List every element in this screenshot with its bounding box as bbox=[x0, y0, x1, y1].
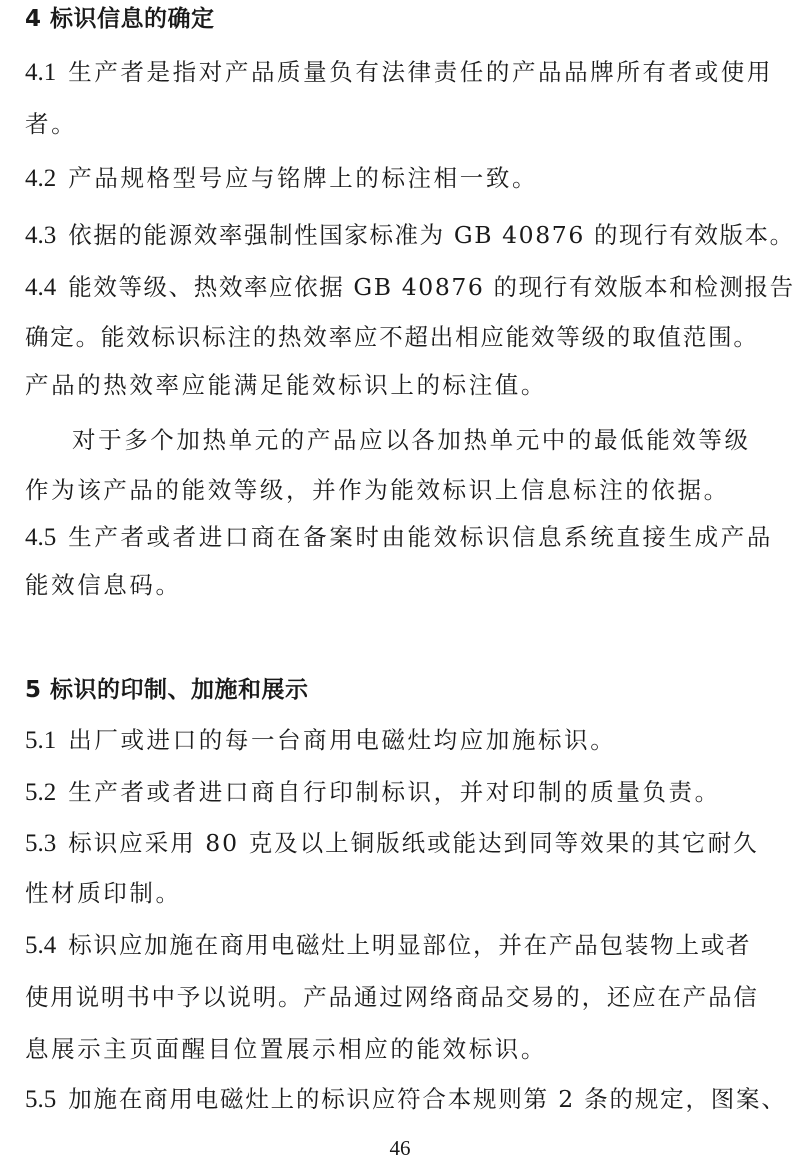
clause-text: 生产者或者进口商在备案时由能效标识信息系统直接生成产品 bbox=[68, 523, 773, 551]
clause-text: 能效等级、热效率应依据 GB 40876 的现行有效版本和检测报告 bbox=[68, 273, 795, 301]
clause-text: 使用说明书中予以说明。产品通过网络商品交易的，还应在产品信 bbox=[25, 983, 759, 1011]
clause-4-4-para-2-cont: 作为该产品的能效等级，并作为能效标识上信息标注的依据。 bbox=[25, 475, 730, 505]
clause-text: 息展示主页面醒目位置展示相应的能效标识。 bbox=[25, 1035, 547, 1063]
clause-text: 性材质印制。 bbox=[25, 879, 182, 907]
clause-5-4-cont-1: 使用说明书中予以说明。产品通过网络商品交易的，还应在产品信 bbox=[25, 982, 759, 1012]
clause-4-2: 4.2产品规格型号应与铭牌上的标注相一致。 bbox=[25, 163, 538, 194]
section-title: 标识的印制、加施和展示 bbox=[50, 677, 309, 703]
clause-text: 生产者或者进口商自行印制标识，并对印制的质量负责。 bbox=[68, 778, 721, 806]
clause-4-4-cont-2: 产品的热效率应能满足能效标识上的标注值。 bbox=[25, 370, 547, 400]
clause-number: 5.1 bbox=[25, 727, 56, 754]
clause-5-2: 5.2生产者或者进口商自行印制标识，并对印制的质量负责。 bbox=[25, 777, 721, 808]
clause-text: 加施在商用电磁灶上的标识应符合本规则第 2 条的规定，图案、 bbox=[68, 1085, 786, 1113]
clause-number: 5.4 bbox=[25, 932, 56, 959]
clause-text: 依据的能源效率强制性国家标准为 GB 40876 的现行有效版本。 bbox=[68, 221, 795, 249]
clause-number: 5.2 bbox=[25, 779, 56, 806]
clause-text: 者。 bbox=[25, 110, 77, 138]
clause-text: 生产者是指对产品质量负有法律责任的产品品牌所有者或使用 bbox=[68, 58, 773, 86]
section-number: 5 bbox=[25, 677, 42, 703]
section-number: 4 bbox=[25, 6, 42, 32]
clause-5-1: 5.1出厂或进口的每一台商用电磁灶均应加施标识。 bbox=[25, 725, 616, 756]
clause-text: 出厂或进口的每一台商用电磁灶均应加施标识。 bbox=[68, 726, 616, 754]
clause-4-1-cont: 者。 bbox=[25, 109, 77, 139]
clause-4-3: 4.3依据的能源效率强制性国家标准为 GB 40876 的现行有效版本。 bbox=[25, 220, 795, 251]
clause-number: 4.3 bbox=[25, 222, 56, 249]
clause-4-5-cont: 能效信息码。 bbox=[25, 570, 182, 600]
clause-text: 产品规格型号应与铭牌上的标注相一致。 bbox=[68, 164, 538, 192]
clause-number: 4.4 bbox=[25, 274, 56, 301]
clause-number: 4.2 bbox=[25, 165, 56, 192]
clause-4-1: 4.1生产者是指对产品质量负有法律责任的产品品牌所有者或使用 bbox=[25, 57, 773, 88]
clause-5-4-cont-2: 息展示主页面醒目位置展示相应的能效标识。 bbox=[25, 1034, 547, 1064]
clause-text: 确定。能效标识标注的热效率应不超出相应能效等级的取值范围。 bbox=[25, 323, 759, 351]
clause-text: 产品的热效率应能满足能效标识上的标注值。 bbox=[25, 371, 547, 399]
clause-number: 5.5 bbox=[25, 1086, 56, 1113]
clause-number: 4.1 bbox=[25, 59, 56, 86]
section-title: 标识信息的确定 bbox=[50, 6, 215, 32]
clause-5-4: 5.4标识应加施在商用电磁灶上明显部位，并在产品包装物上或者 bbox=[25, 930, 751, 961]
section-4-heading: 4 标识信息的确定 bbox=[25, 4, 215, 34]
clause-text: 能效信息码。 bbox=[25, 571, 182, 599]
clause-5-3-cont: 性材质印制。 bbox=[25, 878, 182, 908]
clause-text: 作为该产品的能效等级，并作为能效标识上信息标注的依据。 bbox=[25, 476, 730, 504]
clause-5-3: 5.3标识应采用 80 克及以上铜版纸或能达到同等效果的其它耐久 bbox=[25, 828, 759, 859]
clause-text: 标识应采用 80 克及以上铜版纸或能达到同等效果的其它耐久 bbox=[68, 829, 758, 857]
page-number: 46 bbox=[0, 1136, 800, 1161]
clause-4-4: 4.4能效等级、热效率应依据 GB 40876 的现行有效版本和检测报告 bbox=[25, 272, 795, 303]
clause-number: 4.5 bbox=[25, 524, 56, 551]
clause-number: 5.3 bbox=[25, 830, 56, 857]
clause-4-4-para-2: 对于多个加热单元的产品应以各加热单元中的最低能效等级 bbox=[72, 425, 751, 455]
clause-5-5: 5.5加施在商用电磁灶上的标识应符合本规则第 2 条的规定，图案、 bbox=[25, 1084, 787, 1115]
section-5-heading: 5 标识的印制、加施和展示 bbox=[25, 675, 309, 705]
clause-text: 标识应加施在商用电磁灶上明显部位，并在产品包装物上或者 bbox=[68, 931, 751, 959]
clause-4-4-cont-1: 确定。能效标识标注的热效率应不超出相应能效等级的取值范围。 bbox=[25, 322, 759, 352]
clause-text: 对于多个加热单元的产品应以各加热单元中的最低能效等级 bbox=[72, 426, 751, 454]
clause-4-5: 4.5生产者或者进口商在备案时由能效标识信息系统直接生成产品 bbox=[25, 522, 773, 553]
